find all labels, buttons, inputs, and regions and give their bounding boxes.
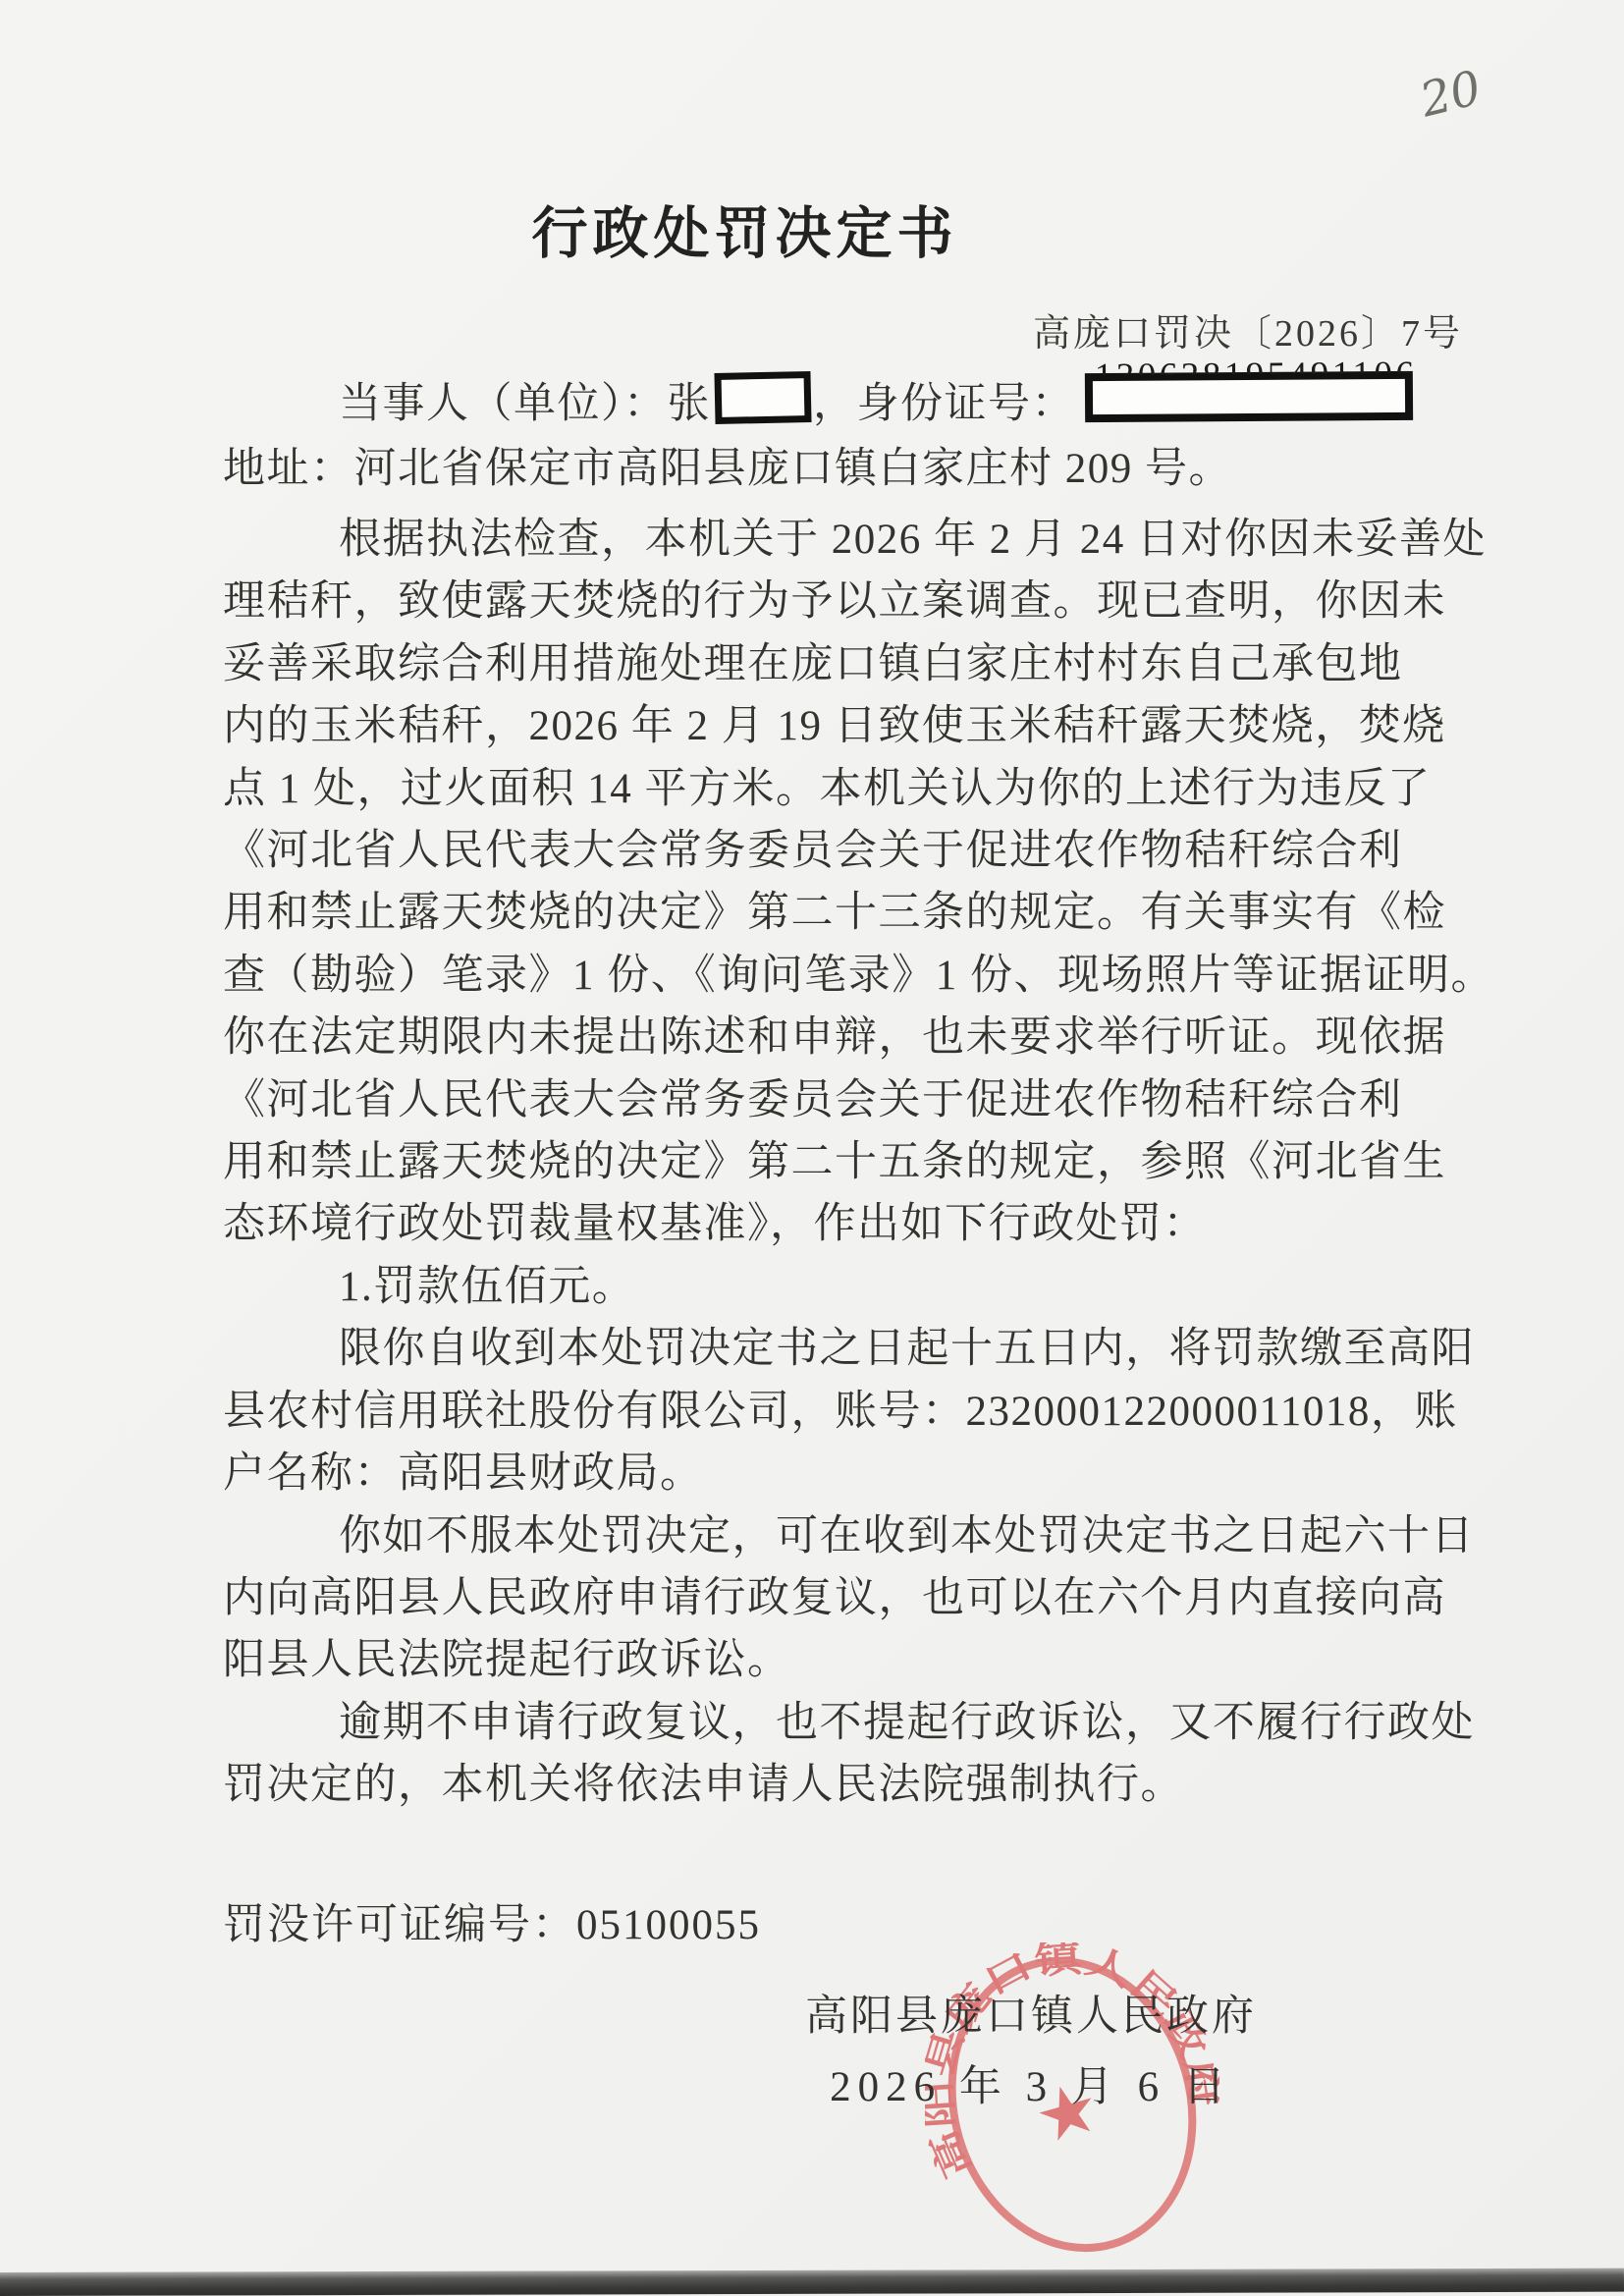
- text-line: 阳县人民法院提起行政诉讼。: [223, 1629, 1463, 1691]
- text-line: 《河北省人民代表大会常务委员会关于促进农作物秸秆综合利: [223, 1069, 1463, 1131]
- party-separator: ，: [813, 381, 857, 427]
- issuing-organization: 高阳县庞口镇人民政府: [687, 1986, 1375, 2049]
- id-label: 身份证号：: [857, 381, 1076, 427]
- redaction-box-id: 130628195491106612: [1085, 371, 1413, 422]
- text-line: 用和禁止露天焚烧的决定》第二十三条的规定。有关事实有《检: [223, 882, 1463, 944]
- text-line: 态环境行政处罚裁量权基准》，作出如下行政处罚：: [223, 1193, 1463, 1255]
- party-label: 当事人（单位）：: [339, 381, 668, 427]
- text-line: 县农村信用联社股份有限公司，账号：232000122000011018，账: [223, 1381, 1463, 1443]
- scanner-edge-band: [0, 2269, 1624, 2296]
- paragraph: 限你自收到本处罚决定书之日起十五日内，将罚款缴至高阳县农村信用联社股份有限公司，…: [223, 1318, 1463, 1504]
- text-line: 限你自收到本处罚决定书之日起十五日内，将罚款缴至高阳: [223, 1318, 1463, 1380]
- text-line: 妥善采取综合利用措施处理在庞口镇白家庄村村东自己承包地: [223, 633, 1463, 695]
- redaction-box-name: [714, 371, 811, 424]
- scanned-document-page: 20 行政处罚决定书 高庞口罚决〔2026〕7号 当事人（单位）：张，身份证号：…: [0, 0, 1624, 2296]
- permit-number-line: 罚没许可证编号：05100055: [223, 1891, 1463, 1951]
- text-line: 内向高阳县人民政府申请行政复议，也可以在六个月内直接向高: [223, 1567, 1463, 1629]
- text-line: 根据执法检查，本机关于 2026 年 2 月 24 日对你因未妥善处: [223, 509, 1463, 571]
- text-line: 你在法定期限内未提出陈述和申辩，也未要求举行听证。现依据: [223, 1007, 1463, 1068]
- address-line: 地址：河北省保定市高阳县庞口镇白家庄村 209 号。: [223, 438, 1463, 501]
- text-line: 罚决定的，本机关将依法申请人民法院强制执行。: [223, 1754, 1463, 1816]
- issue-date: 2026 年 3 月 6 日: [687, 2056, 1375, 2119]
- document-number: 高庞口罚决〔2026〕7号: [223, 302, 1463, 356]
- id-partial-digits: 130628195491106612: [1095, 356, 1419, 375]
- party-name: 张: [668, 381, 712, 427]
- signature-block: 高阳县庞口镇人民政府 2026 年 3 月 6 日: [687, 1986, 1375, 2119]
- text-line: 《河北省人民代表大会常务委员会关于促进农作物秸秆综合利: [223, 820, 1463, 882]
- text-line: 你如不服本处罚决定，可在收到本处罚决定书之日起六十日: [223, 1505, 1463, 1567]
- text-line: 理秸秆，致使露天焚烧的行为予以立案调查。现已查明，你因未: [223, 571, 1463, 632]
- paragraph: 你如不服本处罚决定，可在收到本处罚决定书之日起六十日内向高阳县人民政府申请行政复…: [223, 1505, 1463, 1692]
- text-line: 逾期不申请行政复议，也不提起行政诉讼，又不履行行政处: [223, 1692, 1463, 1754]
- party-line: 当事人（单位）：张，身份证号：130628195491106612: [223, 372, 1463, 436]
- document-body: 根据执法检查，本机关于 2026 年 2 月 24 日对你因未妥善处理秸秆，致使…: [223, 509, 1463, 1817]
- paragraph: 1.罚款伍佰元。: [223, 1256, 1463, 1318]
- text-line: 查（勘验）笔录》1 份、《询问笔录》1 份、现场照片等证据证明。: [223, 945, 1463, 1007]
- paragraph: 根据执法检查，本机关于 2026 年 2 月 24 日对你因未妥善处理秸秆，致使…: [223, 509, 1463, 1256]
- document-text-column: 行政处罚决定书 高庞口罚决〔2026〕7号 当事人（单位）：张，身份证号：130…: [223, 0, 1463, 1951]
- text-line: 户名称：高阳县财政局。: [223, 1443, 1463, 1504]
- text-line: 1.罚款伍佰元。: [223, 1256, 1463, 1318]
- paragraph: 逾期不申请行政复议，也不提起行政诉讼，又不履行行政处罚决定的，本机关将依法申请人…: [223, 1692, 1463, 1817]
- text-line: 内的玉米秸秆，2026 年 2 月 19 日致使玉米秸秆露天焚烧，焚烧: [223, 695, 1463, 757]
- document-title: 行政处罚决定书: [125, 189, 1365, 269]
- text-line: 点 1 处，过火面积 14 平方米。本机关认为你的上述行为违反了: [223, 758, 1463, 820]
- text-line: 用和禁止露天焚烧的决定》第二十五条的规定，参照《河北省生: [223, 1131, 1463, 1193]
